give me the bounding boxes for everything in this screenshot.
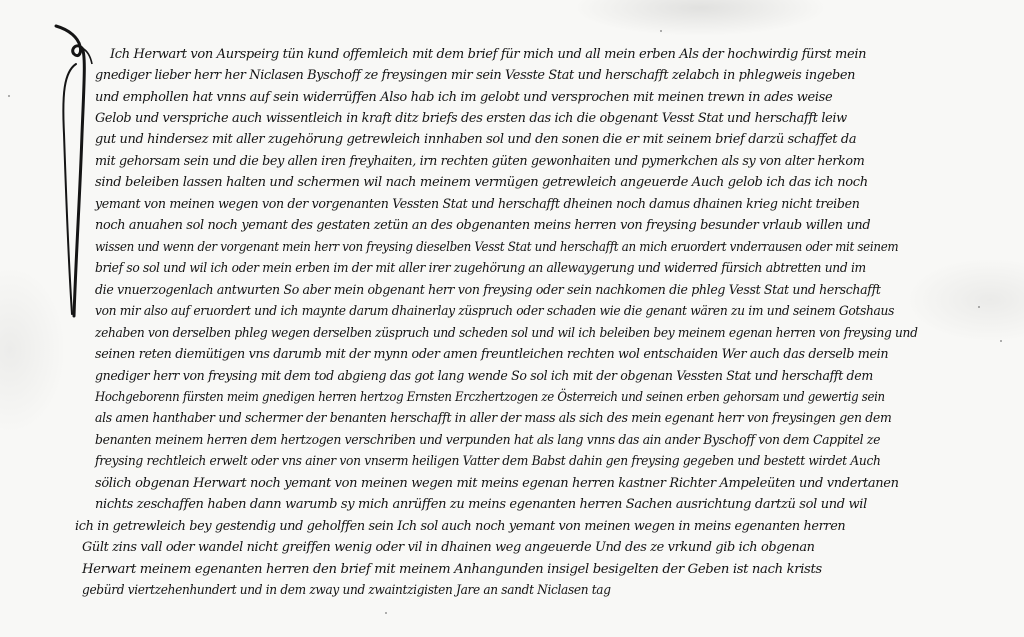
text-line-2: gnediger lieber herr her Niclasen Byscho… bbox=[95, 69, 855, 82]
text-line-23: ich in getrewleich bey gestendig und geh… bbox=[75, 520, 845, 533]
text-line-19: benanten meinem herren dem hertzogen ver… bbox=[95, 434, 880, 447]
text-line-26: gebürd viertzehenhundert und in dem zway… bbox=[82, 584, 611, 597]
scan-speck bbox=[1000, 340, 1002, 342]
text-line-14: zehaben von derselben phleg wegen dersel… bbox=[95, 327, 918, 340]
text-line-22: nichts zeschaffen haben dann warumb sy m… bbox=[95, 498, 867, 511]
scanned-charter-page: Ich Herwart von Aurspeirg tün kund offem… bbox=[0, 0, 1024, 637]
text-line-13: von mir also auf eruordert und ich maynt… bbox=[95, 305, 894, 318]
decorated-initial-letter-icon bbox=[52, 24, 96, 324]
text-line-16: gnediger herr von freysing mit dem tod a… bbox=[95, 370, 873, 383]
text-line-8: yemant von meinen wegen von der vorgenan… bbox=[95, 198, 860, 211]
text-line-11: brief so sol und wil ich oder mein erben… bbox=[95, 262, 866, 275]
text-line-25: Herwart meinem egenanten herren den brie… bbox=[82, 563, 822, 576]
text-line-20: freysing rechtleich erwelt oder vns aine… bbox=[95, 455, 881, 468]
text-line-12: die vnuerzogenlach antwurten So aber mei… bbox=[95, 284, 881, 297]
text-line-5: gut und hindersez mit aller zugehörung g… bbox=[95, 133, 856, 146]
text-line-18: als amen hanthaber und schermer der bena… bbox=[95, 412, 891, 425]
text-line-4: Gelob und verspriche auch wissentleich i… bbox=[95, 112, 847, 125]
text-line-10: wissen und wenn der vorgenant mein herr … bbox=[95, 241, 898, 254]
text-line-24: Gült zins vall oder wandel nicht greiffe… bbox=[82, 541, 815, 554]
text-line-9: noch anuahen sol noch yemant des gestate… bbox=[95, 219, 870, 232]
scan-speck bbox=[978, 306, 980, 308]
scan-speck bbox=[660, 30, 662, 32]
text-line-3: und emphollen hat vnns auf sein widerrüf… bbox=[95, 91, 832, 104]
text-line-6: mit gehorsam sein und die bey allen iren… bbox=[95, 155, 864, 168]
text-line-15: seinen reten diemütigen vns darumb mit d… bbox=[95, 348, 888, 361]
scan-speck bbox=[8, 95, 10, 97]
scan-speck bbox=[385, 612, 387, 614]
text-line-1: Ich Herwart von Aurspeirg tün kund offem… bbox=[110, 48, 866, 61]
text-line-17: Hochgeborenn fürsten meim gnedigen herre… bbox=[95, 391, 885, 404]
text-line-21: sölich obgenan Herwart noch yemant von m… bbox=[95, 477, 899, 490]
text-line-7: sind beleiben lassen halten und schermen… bbox=[95, 176, 868, 189]
